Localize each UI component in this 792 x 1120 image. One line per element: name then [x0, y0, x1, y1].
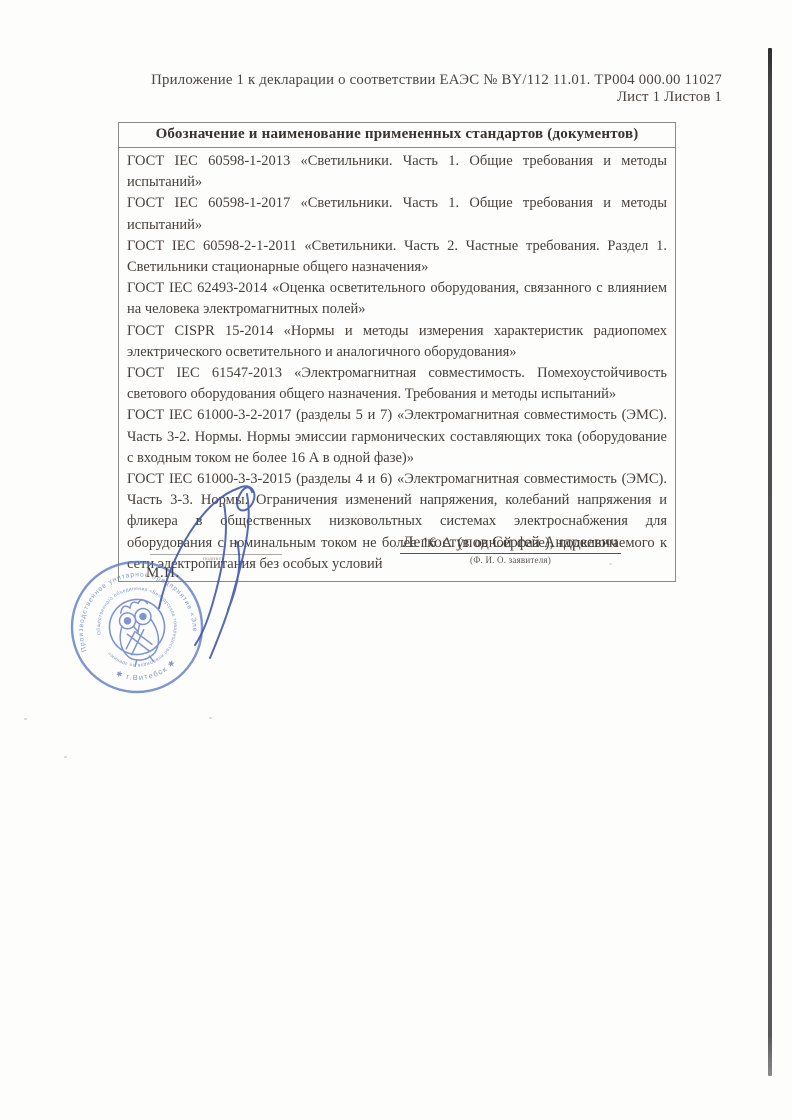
header-line-appendix: Приложение 1 к декларации о соответствии…	[122, 72, 722, 89]
scan-speck	[609, 563, 612, 565]
standard-item: ГОСТ CISPR 15-2014 «Нормы и методы измер…	[127, 321, 667, 363]
scan-speck	[24, 718, 27, 720]
applicant-name: Легкоступов Сергей Андреевич	[400, 534, 621, 554]
applicant-caption: (Ф. И. О. заявителя)	[388, 555, 633, 565]
standards-table-header: Обозначение и наименование примененных с…	[119, 123, 675, 148]
scan-edge-artifact	[768, 48, 772, 1076]
signature-icon	[153, 480, 281, 676]
standard-item: ГОСТ IEC 62493-2014 «Оценка осветительно…	[127, 278, 667, 320]
applicant-block: Легкоступов Сергей Андреевич (Ф. И. О. з…	[388, 534, 633, 565]
standard-item: ГОСТ IEC 61000-3-2-2017 (разделы 5 и 7) …	[127, 405, 667, 469]
standard-item: ГОСТ IEC 61547-2013 «Электромагнитная со…	[127, 363, 667, 405]
standard-item: ГОСТ IEC 60598-1-2017 «Светильники. Част…	[127, 193, 667, 235]
standard-item: ГОСТ IEC 60598-2-1-2011 «Светильники. Ча…	[127, 236, 667, 278]
scan-speck	[209, 717, 212, 719]
scan-speck	[64, 756, 67, 758]
handwritten-signature	[153, 480, 281, 676]
scanned-page: Приложение 1 к декларации о соответствии…	[0, 0, 792, 1120]
header-line-sheet: Лист 1 Листов 1	[122, 89, 722, 106]
standard-item: ГОСТ IEC 60598-1-2013 «Светильники. Част…	[127, 151, 667, 193]
document-header: Приложение 1 к декларации о соответствии…	[122, 72, 722, 105]
